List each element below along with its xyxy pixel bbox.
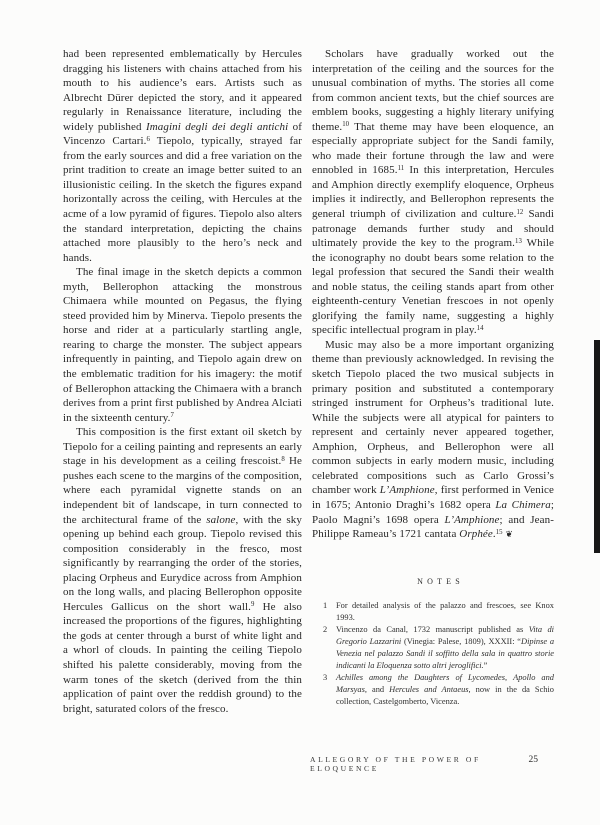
paragraph: This composition is the first extant oil… [63, 425, 302, 716]
note-text: For detailed analysis of the palazzo and… [336, 600, 554, 624]
book-page: had been represented emblematically by H… [0, 0, 600, 825]
text-columns: had been represented emblematically by H… [63, 47, 600, 716]
running-title: ALLEGORY OF THE POWER OF ELOQUENCE [310, 755, 529, 773]
page-footer: ALLEGORY OF THE POWER OF ELOQUENCE 25 [310, 755, 538, 773]
paragraph: had been represented emblematically by H… [63, 47, 302, 265]
note-item: 2 Vincenzo da Canal, 1732 manuscript pub… [323, 624, 554, 672]
paragraph: Scholars have gradually worked out the i… [312, 47, 554, 338]
note-item: 1 For detailed analysis of the palazzo a… [323, 600, 554, 624]
note-number: 1 [323, 600, 336, 624]
notes-section: NOTES 1 For detailed analysis of the pal… [312, 577, 554, 708]
note-number: 3 [323, 672, 336, 708]
scan-edge-artifact [594, 340, 600, 553]
left-column: had been represented emblematically by H… [63, 47, 302, 716]
paragraph: The final image in the sketch depicts a … [63, 265, 302, 425]
note-text: Vincenzo da Canal, 1732 manuscript publi… [336, 624, 554, 672]
right-column: Scholars have gradually worked out the i… [312, 47, 554, 716]
note-text: Achilles among the Daughters of Lycomede… [336, 672, 554, 708]
note-item: 3 Achilles among the Daughters of Lycome… [323, 672, 554, 708]
page-number: 25 [529, 755, 539, 765]
fleuron-icon: ❦ [505, 530, 513, 540]
notes-heading: NOTES [323, 577, 554, 586]
paragraph: Music may also be a more important organ… [312, 338, 554, 543]
note-number: 2 [323, 624, 336, 672]
